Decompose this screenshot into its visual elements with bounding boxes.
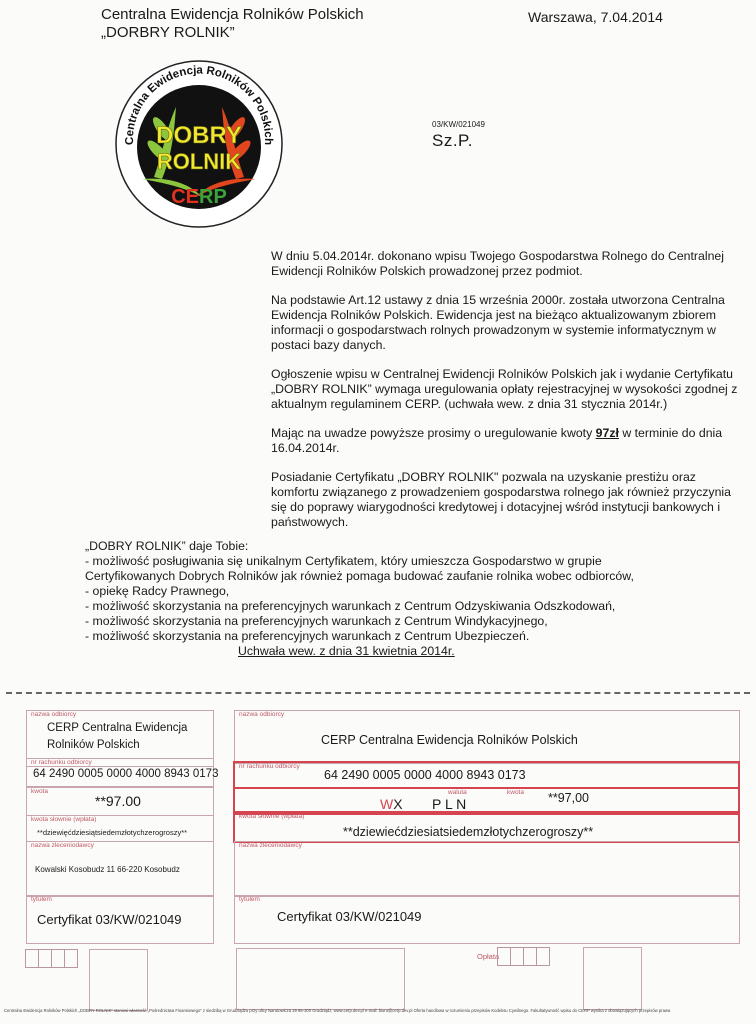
left-stamp-box	[89, 949, 148, 1011]
left-fee-box	[51, 949, 65, 968]
right-amount: **97,00	[548, 791, 589, 805]
logo-title-line1: DOBRY	[156, 122, 242, 149]
cerp-logo: Centralna Ewidencja Rolników Polskich DO…	[114, 59, 284, 229]
paragraph-legal-basis: Na podstawie Art.12 ustawy z dnia 15 wrz…	[271, 293, 741, 353]
benefit-item: - możliwość skorzystania na preferencyjn…	[85, 629, 750, 644]
place-date: Warszawa, 7.04.2014	[528, 9, 663, 25]
left-fee-box	[64, 949, 78, 968]
left-amount-field: kwota **97.00	[26, 787, 214, 816]
cut-line	[6, 692, 750, 694]
benefit-item: Certyfikowanych Dobrych Rolników jak rów…	[85, 569, 750, 584]
footer-disclaimer: Centralna Ewidencja Rolników Polskich „D…	[4, 1008, 756, 1013]
paragraph-fee-requirement: Ogłoszenie wpisu w Centralnej Ewidencji …	[271, 367, 741, 412]
sender-brand: „DORBRY ROLNIK”	[101, 24, 364, 42]
letter-body: W dniu 5.04.2014r. dokonano wpisu Twojeg…	[271, 249, 741, 544]
paragraph-certificate-benefit: Posiadanie Certyfikatu „DOBRY ROLNIK" po…	[271, 470, 741, 530]
sender-organization: Centralna Ewidencja Rolników Polskich „D…	[101, 6, 364, 42]
resolution-note: Uchwała wew. z dnia 31 kwietnia 2014r.	[85, 644, 750, 659]
benefit-item: - możliwość skorzystania na preferencyjn…	[85, 614, 750, 629]
benefit-item: - możliwość posługiwania się unikalnym C…	[85, 554, 750, 569]
right-stamp-box	[583, 947, 642, 1010]
transfer-type: WX	[380, 796, 403, 812]
logo-badge: CERP	[171, 186, 227, 208]
reference-number: 03/KW/021049	[432, 120, 485, 129]
sender-name: Centralna Ewidencja Rolników Polskich	[101, 6, 364, 24]
right-signature-box	[236, 948, 405, 1010]
left-fee-box	[38, 949, 52, 968]
right-fee-box	[536, 947, 550, 966]
benefits-intro: „DOBRY ROLNIK” daje Tobie:	[85, 539, 750, 554]
checked-mark: X	[393, 796, 402, 812]
benefits-list: „DOBRY ROLNIK” daje Tobie: - możliwość p…	[85, 539, 750, 659]
left-fee-box	[25, 949, 39, 968]
fee-label: Opłata	[477, 952, 499, 961]
logo-title-line2: ROLNIK	[157, 149, 241, 174]
amount-due: 97zł	[596, 426, 619, 440]
right-fee-box	[497, 947, 511, 966]
right-account-field: nr rachunku odbiorcy 64 2490 0005 0000 4…	[233, 761, 740, 789]
right-recipient-field: nazwa odbiorcy CERP Centralna Ewidencja …	[234, 710, 740, 764]
right-payer-field: nazwa zleceniodawcy	[234, 841, 740, 897]
right-fee-box	[510, 947, 524, 966]
paragraph-payment-request: Mając na uwadze powyższe prosimy o uregu…	[271, 426, 741, 456]
right-fee-box	[523, 947, 537, 966]
right-title-field: tytułem Certyfikat 03/KW/021049	[234, 895, 740, 944]
right-amount-words-field: kwota słownie (wpłata) **dziewiećdziesia…	[233, 811, 740, 843]
benefit-item: - możliwość skorzystania na preferencyjn…	[85, 599, 750, 614]
salutation: Sz.P.	[432, 131, 473, 151]
left-amount-words-field: kwota słownie (wpłata) **dziewięćdziesią…	[26, 815, 214, 842]
left-payer-field: nazwa zleceniodawcy Kowalski Kosobudz 11…	[26, 841, 214, 897]
currency: P L N	[432, 796, 466, 812]
paragraph-registration: W dniu 5.04.2014r. dokonano wpisu Twojeg…	[271, 249, 741, 279]
benefit-item: - opiekę Radcy Prawnego,	[85, 584, 750, 599]
left-account-field: nr rachunku odbiorcy 64 2490 0005 0000 4…	[26, 758, 214, 787]
left-title-field: tytułem Certyfikat 03/KW/021049	[26, 895, 214, 944]
